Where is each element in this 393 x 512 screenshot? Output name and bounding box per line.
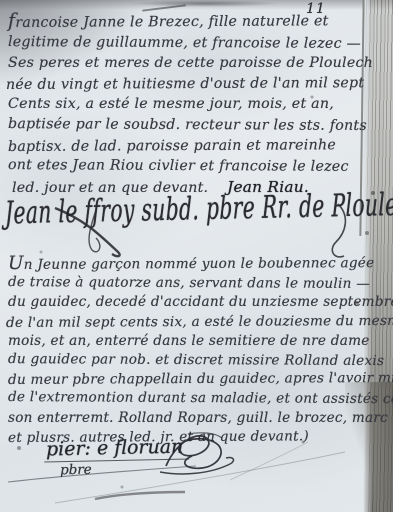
ink-specks: [0, 0, 2, 2]
manuscript-page: 11 francoise Janne le Brezec, fille natu…: [0, 0, 393, 512]
manuscript-line: Cents six, a esté le mesme jour, mois, e…: [8, 94, 372, 115]
burial-record: Un Jeunne garçon nommé yuon le boubennec…: [8, 253, 372, 447]
manuscript-line: baptisée par le soubsd. recteur sur les …: [8, 114, 372, 136]
manuscript-line: ont etes Jean Riou civlier et francoise …: [8, 155, 372, 177]
manuscript-line: legitime de guillaumme, et francoise le …: [8, 32, 372, 54]
manuscript-line: baptisx. de lad. paroisse parain et mare…: [8, 135, 372, 157]
top-edge-smudge: [130, 0, 280, 7]
manuscript-line: née du vingt et huitiesme d'oust de l'an…: [6, 73, 372, 96]
priest-title: pbre: [60, 462, 92, 479]
baptism-record: francoise Janne le Brezec, fille naturel…: [8, 10, 372, 198]
manuscript-line: mois, et an, enterré dans le semitiere d…: [8, 332, 372, 351]
manuscript-line: francoise Janne le Brezec, fille naturel…: [8, 9, 372, 33]
manuscript-line: de l'extremontion durant sa maladie, et …: [8, 388, 372, 409]
manuscript-line: son enterremt. Rolland Ropars, guill. le…: [8, 409, 372, 428]
manuscript-line: du gauidec par nob. et discret missire R…: [8, 350, 372, 371]
priest-signature: pier: e floruan: [44, 435, 190, 462]
manuscript-line: de traise à quatorze ans, servant dans l…: [8, 273, 372, 294]
manuscript-line: du gauidec, decedé d'accidant du unziesm…: [8, 293, 372, 312]
manuscript-line: Un Jeunne garçon nommé yuon le boubennec…: [8, 252, 372, 275]
manuscript-line: Ses peres et meres de cette paroisse de …: [8, 53, 372, 74]
manuscript-line: du meur pbre chappellain du gauidec, apr…: [8, 369, 372, 390]
rector-signature: Jean le ffroy subd. pbre Rr. de Ploulech: [5, 186, 393, 231]
manuscript-line: de l'an mil sept cents six, a esté le do…: [6, 312, 372, 333]
